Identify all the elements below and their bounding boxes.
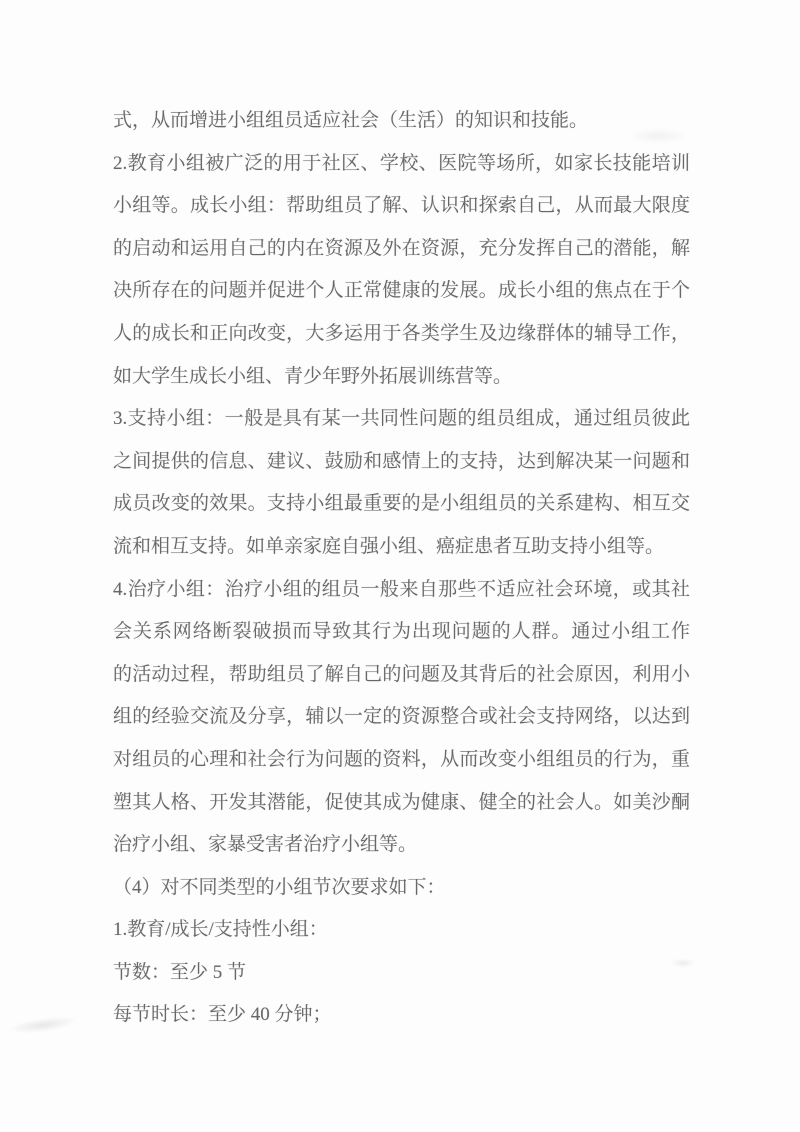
text-line: 3.支持小组：一般是具有某一共同性问题的组员组成，通过组员彼此	[113, 398, 690, 441]
text-line: 塑其人格、开发其潜能，促使其成为健康、健全的社会人。如美沙酮	[113, 782, 690, 825]
text-line: （4）对不同类型的小组节次要求如下：	[113, 867, 690, 910]
document-page: 式，从而增进小组组员适应社会（生活）的知识和技能。2.教育小组被广泛的用于社区、…	[0, 0, 800, 1132]
text-line: 治疗小组、家暴受害者治疗小组等。	[113, 824, 690, 867]
text-line: 4.治疗小组：治疗小组的组员一般来自那些不适应社会环境，或其社	[113, 569, 690, 612]
text-line: 如大学生成长小组、青少年野外拓展训练营等。	[113, 356, 690, 399]
text-line: 小组等。成长小组：帮助组员了解、认识和探索自己，从而最大限度	[113, 185, 690, 228]
text-line: 1.教育/成长/支持性小组：	[113, 909, 690, 952]
text-line: 之间提供的信息、建议、鼓励和感情上的支持，达到解决某一问题和	[113, 441, 690, 484]
text-line: 2.教育小组被广泛的用于社区、学校、医院等场所，如家长技能培训	[113, 143, 690, 186]
text-line: 会关系网络断裂破损而导致其行为出现问题的人群。通过小组工作	[113, 611, 690, 654]
text-line: 节数：至少 5 节	[113, 952, 690, 995]
text-line: 的活动过程，帮助组员了解自己的问题及其背后的社会原因，利用小	[113, 654, 690, 697]
text-line: 式，从而增进小组组员适应社会（生活）的知识和技能。	[113, 100, 690, 143]
text-line: 成员改变的效果。支持小组最重要的是小组组员的关系建构、相互交	[113, 483, 690, 526]
text-line: 对组员的心理和社会行为问题的资料，从而改变小组组员的行为，重	[113, 739, 690, 782]
scan-smudge	[7, 1013, 78, 1037]
text-line: 流和相互支持。如单亲家庭自强小组、癌症患者互助支持小组等。	[113, 526, 690, 569]
text-line: 人的成长和正向改变，大多运用于各类学生及边缘群体的辅导工作，	[113, 313, 690, 356]
text-line: 组的经验交流及分享，辅以一定的资源整合或社会支持网络，以达到	[113, 696, 690, 739]
text-line: 的启动和运用自己的内在资源及外在资源，充分发挥自己的潜能，解	[113, 228, 690, 271]
text-line: 每节时长：至少 40 分钟；	[113, 994, 690, 1037]
text-line: 决所存在的问题并促进个人正常健康的发展。成长小组的焦点在于个	[113, 270, 690, 313]
document-text: 式，从而增进小组组员适应社会（生活）的知识和技能。2.教育小组被广泛的用于社区、…	[113, 100, 690, 1037]
